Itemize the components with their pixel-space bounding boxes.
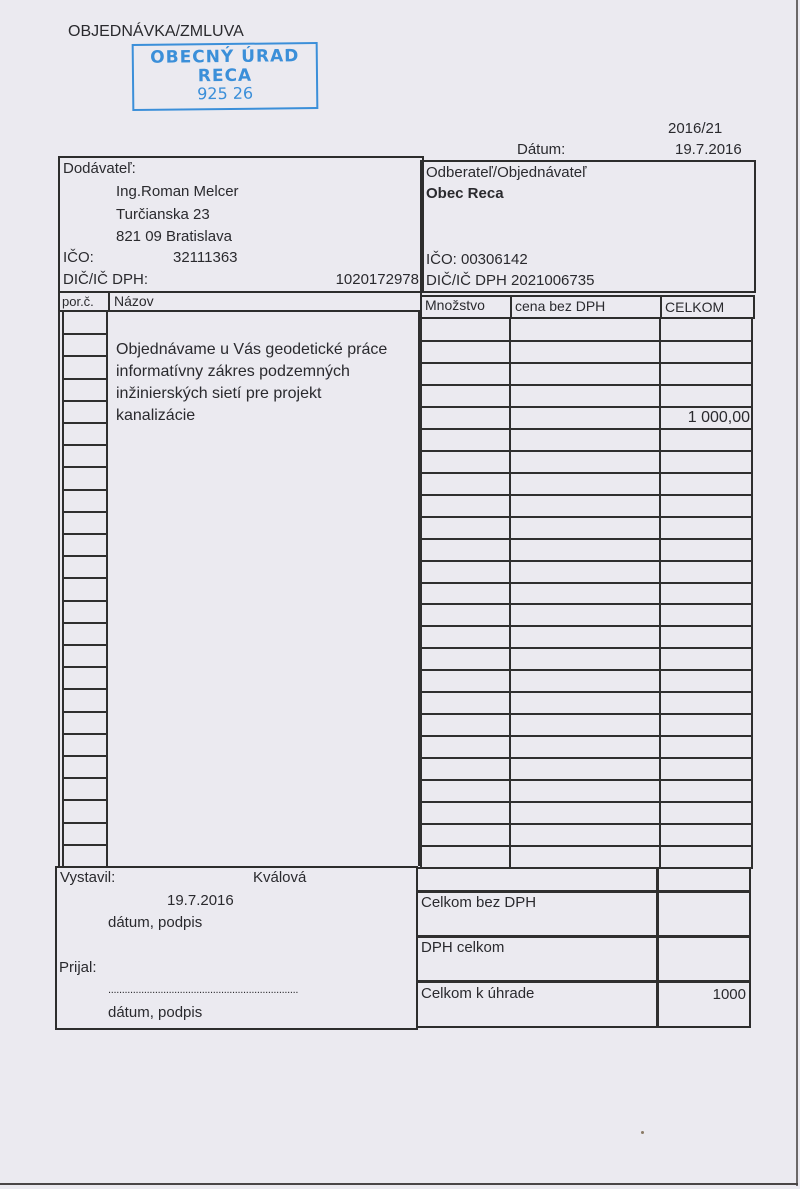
grid-line [62,733,107,735]
grid-line [62,444,107,446]
supplier-name: Ing.Roman Melcer [116,183,239,200]
grid-line [420,538,753,540]
grid-line [659,318,661,867]
divider [416,935,751,938]
grid-line [420,603,753,605]
document-number: 2016/21 [668,120,722,137]
grid-line [62,533,107,535]
grid-line [58,311,60,866]
received-label: Prijal: [59,959,97,976]
supplier-dic-label: DIČ/IČ DPH: [63,271,148,288]
header-unit-price: cena bez DPH [515,298,605,315]
grid-line [62,555,107,557]
customer-ico: IČO: 00306142 [426,251,528,268]
grid-line [62,511,107,513]
grid-line [420,340,753,342]
grid-line [62,622,107,624]
grid-line [420,625,753,627]
grid-line [420,362,753,364]
divider [510,295,512,319]
grid-line [420,318,422,867]
grid-line [62,466,107,468]
page-edge-bottom [0,1183,798,1185]
page-edge-right [796,0,798,1186]
grid-line [62,400,107,402]
grid-line [420,823,753,825]
supplier-ico-value: 32111363 [173,249,238,266]
office-stamp: OBECNÝ ÚRAD RECA 925 26 [132,42,319,111]
header-number: por.č. [62,293,94,310]
stamp-line-2: RECA [134,66,316,86]
received-sign-label: dátum, podpis [108,1004,202,1021]
customer-dic: DIČ/IČ DPH 2021006735 [426,272,594,289]
grid-line [62,355,107,357]
divider [108,291,110,312]
grid-line [62,378,107,380]
grid-line [62,422,107,424]
description-line: kanalizácie [116,405,387,427]
grid-line [62,711,107,713]
issued-date: 19.7.2016 [167,892,234,909]
item-description: Objednávame u Vás geodetické práce infor… [116,339,387,427]
grid-line [420,384,753,386]
grid-line [62,644,107,646]
grid-line [420,647,753,649]
supplier-dic-value: 1020172978 [300,271,419,288]
total-to-pay-label: Celkom k úhrade [421,985,534,1002]
vat-total-label: DPH celkom [421,939,504,956]
grid-line [420,406,753,408]
grid-line [420,472,753,474]
grid-line [62,666,107,668]
supplier-label: Dodávateľ: [63,160,136,177]
grid-line [420,801,753,803]
header-name: Názov [114,293,154,310]
issued-sign-label: dátum, podpis [108,914,202,931]
grid-line [62,600,107,602]
grid-line [62,577,107,579]
grid-line [420,735,753,737]
total-to-pay-value: 1000 [662,986,746,1003]
grid-line [62,844,107,846]
grid-line [420,582,753,584]
issued-by-label: Vystavil: [60,869,115,886]
grid-line [62,822,107,824]
header-total: CELKOM [665,299,724,316]
line-total-value: 1 000,00 [664,409,750,426]
supplier-ico-label: IČO: [63,249,94,266]
stamp-line-1: OBECNÝ ÚRAD [134,46,316,68]
header-quantity: Množstvo [425,297,485,314]
stamp-line-3: 925 26 [134,84,316,104]
grid-line [62,688,107,690]
grid-line [62,489,107,491]
grid-line [62,799,107,801]
grid-line [420,669,753,671]
paper-speck [641,1131,644,1134]
grid-line [420,779,753,781]
grid-line [420,428,753,430]
date-label: Dátum: [517,141,565,158]
customer-name: Obec Reca [426,185,504,202]
grid-line [420,845,753,847]
grid-line [62,777,107,779]
grid-line [751,318,753,867]
divider [416,890,751,893]
supplier-street: Turčianska 23 [116,206,210,223]
document-title: OBJEDNÁVKA/ZMLUVA [68,23,244,40]
date-value: 19.7.2016 [675,141,742,158]
grid-line [420,713,753,715]
divider [660,295,662,319]
grid-line [420,450,753,452]
grid-line [509,318,511,867]
grid-line [420,516,753,518]
grid-line [420,560,753,562]
divider [416,980,751,983]
grid-line [420,757,753,759]
grid-line [62,755,107,757]
grid-line [62,311,64,866]
grid-line [420,691,753,693]
description-line: inžinierských sietí pre projekt [116,383,387,405]
items-header-left [58,291,422,312]
description-line: Objednávame u Vás geodetické práce [116,339,387,361]
grid-line [106,311,108,866]
supplier-city: 821 09 Bratislava [116,228,232,245]
grid-line [420,494,753,496]
total-without-vat-label: Celkom bez DPH [421,894,536,911]
received-signature-line: ........................................… [108,982,298,999]
issued-by-name: Kválová [253,869,306,886]
description-line: informatívny zákres podzemných [116,361,387,383]
customer-label: Odberateľ/Objednávateľ [426,164,587,181]
grid-line [420,867,753,869]
grid-line [62,333,107,335]
